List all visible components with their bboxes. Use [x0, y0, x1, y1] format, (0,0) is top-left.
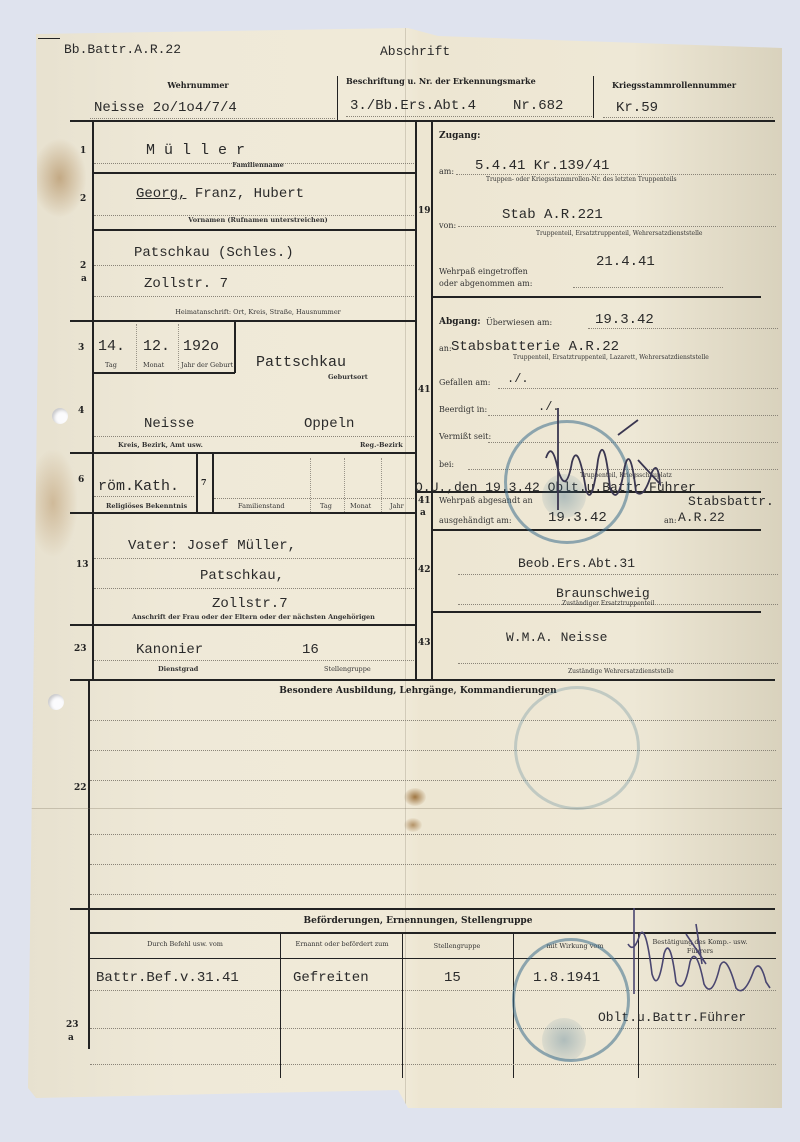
stain	[28, 448, 78, 558]
zugang-am-sub: Truppen- oder Kriegsstammrollen-Nr. des …	[486, 176, 677, 183]
gefallen-value: ./.	[507, 372, 529, 386]
rufname-underlined: Georg,	[136, 186, 186, 202]
dotted-line	[456, 174, 776, 175]
vornamen-value: Georg, Franz, Hubert	[136, 186, 304, 202]
birth-month: 12.	[143, 338, 170, 355]
wehrpass-ausgehaendigt-label: ausgehändigt am:	[439, 516, 512, 525]
col-header-befoerdert: Ernannt oder befördert zum	[282, 940, 402, 948]
dotted-line	[94, 436, 414, 437]
field-number: 42	[418, 565, 431, 575]
row-rule	[70, 452, 416, 454]
dotted-line	[498, 388, 778, 389]
left-border	[88, 680, 90, 910]
row-rule	[70, 624, 416, 626]
birth-day-label: Tag	[105, 361, 117, 369]
dotted-line	[214, 498, 414, 499]
divider	[337, 76, 338, 120]
field-number: 3	[78, 343, 84, 353]
section-rule	[70, 679, 775, 681]
ersatztruppenteil-line2: Braunschweig	[556, 586, 650, 601]
ueberwiesen-value: 19.3.42	[595, 312, 654, 328]
ersatztruppenteil-line1: Beob.Ers.Abt.31	[518, 556, 635, 571]
dotted-line	[458, 574, 778, 575]
section23a-title: Beförderungen, Ernennungen, Stellengrupp…	[228, 916, 608, 926]
zugang-title: Zugang:	[439, 131, 480, 141]
abgang-title: Abgang:	[439, 317, 481, 327]
dotted-line	[94, 588, 414, 589]
dotted-divider	[178, 324, 179, 370]
erkennungsmarke-value: 3./Bb.Ers.Abt.4	[350, 98, 476, 114]
divider	[234, 321, 236, 373]
divider	[212, 453, 214, 513]
heimatanschrift-label: Heimatanschrift: Ort, Kreis, Straße, Hau…	[158, 308, 358, 316]
ersatztruppenteil-label: Zuständiger Ersatztruppenteil	[562, 600, 654, 607]
religion-value: röm.Kath.	[98, 478, 179, 495]
zugang-von-sub: Truppenteil, Ersatztruppenteil, Wehrersa…	[536, 230, 702, 237]
dotted-line	[90, 894, 776, 895]
field-number: 41	[418, 385, 431, 395]
jahr-label: Jahr	[390, 502, 404, 510]
dotted-line	[90, 750, 776, 751]
heimatanschrift-line2: Zollstr. 7	[144, 276, 228, 292]
zugang-von-label: von:	[439, 221, 456, 230]
tag-label: Tag	[320, 502, 332, 510]
stain	[32, 138, 87, 218]
document-paper: Bb.Battr.A.R.22 Abschrift Wehrnummer Nei…	[28, 28, 782, 1138]
field-number: 23	[74, 644, 87, 654]
faded-stamp	[514, 686, 640, 810]
religion-label: Religiöses Bekenntnis	[106, 502, 187, 510]
field-number: 23	[66, 1020, 79, 1030]
field-number: 43	[418, 638, 431, 648]
field-number: 2	[80, 261, 86, 271]
dotted-line	[94, 558, 414, 559]
field-number-sub: a	[420, 508, 426, 518]
row-rule	[92, 229, 416, 231]
row-rule	[70, 320, 416, 322]
kreis-label: Kreis, Bezirk, Amt usw.	[118, 441, 203, 449]
angehoerige-line3: Zollstr.7	[212, 596, 288, 612]
punch-hole	[48, 694, 64, 710]
field-number-sub: a	[68, 1033, 74, 1043]
kriegsstamm-value: Kr.59	[616, 100, 658, 116]
familienname-label: Familienname	[208, 161, 308, 169]
col-header-befehl: Durch Befehl usw. vom	[90, 940, 280, 948]
geburtsort-label: Geburtsort	[328, 373, 368, 381]
document-title: Abschrift	[380, 44, 450, 59]
dotted-line	[603, 117, 773, 118]
left-border	[92, 121, 94, 681]
angehoerige-line2: Patschkau,	[200, 568, 284, 584]
row-rule	[431, 296, 761, 298]
center-border	[415, 121, 417, 681]
ueberwiesen-label: Überwiesen am:	[486, 318, 552, 327]
dotted-line	[90, 864, 776, 865]
punch-hole	[52, 408, 68, 424]
bei-label: bei:	[439, 460, 454, 469]
gefallen-label: Gefallen am:	[439, 378, 490, 387]
wehrnummer-value: Neisse 2o/1o4/7/4	[94, 100, 237, 116]
heimatanschrift-line1: Patschkau (Schles.)	[134, 245, 294, 261]
stellengruppe-label: Stellengruppe	[324, 665, 371, 673]
field-number: 6	[78, 475, 84, 485]
signature-icon	[528, 400, 728, 530]
header-rule	[70, 120, 775, 122]
field-number: 4	[78, 406, 84, 416]
dotted-line	[573, 287, 723, 288]
birth-year-label: Jahr der Geburt	[181, 361, 233, 369]
dotted-line	[90, 1064, 776, 1065]
stamp-eagle-icon	[542, 1018, 586, 1062]
fold-line	[28, 808, 782, 809]
angehoerige-label: Anschrift der Frau oder der Eltern oder …	[132, 613, 375, 621]
regbezirk-value: Oppeln	[304, 416, 354, 432]
geburtsort-value: Pattschkau	[256, 354, 346, 371]
wehrnummer-label: Wehrnummer	[138, 80, 258, 90]
erkennungsmarke-number: Nr.682	[513, 98, 563, 114]
col-divider	[402, 933, 403, 1078]
vornamen-label: Vornamen (Rufnamen unterstreichen)	[168, 216, 348, 224]
dotted-line	[458, 663, 778, 664]
col-header-stellengruppe: Stellengruppe	[403, 942, 511, 950]
field-number: 41	[418, 496, 431, 506]
monat-label: Monat	[350, 502, 371, 510]
dotted-line	[90, 1028, 776, 1029]
stain	[404, 818, 422, 832]
familienstand-label: Familienstand	[238, 502, 285, 510]
angehoerige-line1: Vater: Josef Müller,	[128, 538, 296, 554]
wehrersatzdienststelle-label: Zuständige Wehrersatzdienststelle	[568, 668, 674, 675]
stellengruppe-value: 16	[302, 642, 319, 658]
familienname-value: M ü l l e r	[146, 142, 245, 159]
center-border-2	[431, 121, 433, 681]
divider	[196, 453, 198, 513]
dotted-divider	[344, 458, 345, 512]
field-number-sub: a	[81, 274, 87, 284]
row-rule	[92, 372, 235, 374]
abgang-an-label: an:	[439, 344, 452, 353]
dienstgrad-value: Kanonier	[136, 642, 203, 658]
divider	[593, 76, 594, 118]
zugang-von-value: Stab A.R.221	[502, 207, 603, 223]
wehrpass-eingetroffen-value: 21.4.41	[596, 254, 655, 270]
dotted-line	[346, 116, 592, 117]
birth-month-label: Monat	[143, 361, 164, 369]
field-number: 13	[76, 560, 89, 570]
dotted-line	[458, 226, 776, 227]
kriegsstamm-label: Kriegsstammrollennummer	[612, 80, 736, 90]
birth-day: 14.	[98, 338, 125, 355]
dotted-line	[90, 118, 335, 119]
dotted-line	[94, 265, 414, 266]
vornamen-rest: Franz, Hubert	[186, 186, 304, 202]
vermisst-label: Vermißt seit:	[439, 432, 491, 441]
erkennungsmarke-label: Beschriftung u. Nr. der Erkennungsmarke	[346, 76, 536, 86]
regbezirk-label: Reg.-Bezirk	[360, 441, 403, 449]
dotted-divider	[381, 458, 382, 512]
dotted-line	[94, 496, 194, 497]
field-number: 1	[80, 146, 86, 156]
wehrpass-eingetroffen-label2: oder abgenommen am:	[439, 279, 532, 288]
birth-year: 192o	[183, 338, 219, 355]
zugang-am-label: am:	[439, 167, 454, 176]
abgang-an-sub: Truppenteil, Ersatztruppenteil, Lazarett…	[513, 354, 709, 361]
dotted-divider	[136, 324, 137, 370]
unit-label: Bb.Battr.A.R.22	[64, 42, 181, 57]
row-rule	[92, 172, 416, 174]
wehrersatzdienststelle-value: W.M.A. Neisse	[506, 630, 607, 645]
col-divider	[280, 933, 281, 1078]
corner-mark	[38, 38, 60, 39]
field-number: 2	[80, 194, 86, 204]
strikethrough-text: Ernannt oder befördert zum	[295, 940, 388, 948]
dotted-line	[90, 780, 776, 781]
abgang-an-value: Stabsbatterie A.R.22	[451, 339, 619, 355]
befoerderung-befehl: Battr.Bef.v.31.41	[96, 970, 239, 986]
wehrpass-eingetroffen-label1: Wehrpaß eingetroffen	[439, 267, 528, 276]
signature-icon	[626, 904, 800, 1014]
beerdigt-label: Beerdigt in:	[439, 405, 487, 414]
dotted-divider	[310, 458, 311, 512]
field-number: 19	[418, 206, 431, 216]
dotted-line	[588, 328, 778, 329]
befoerderung-rang: Gefreiten	[293, 970, 369, 986]
zugang-am-value: 5.4.41 Kr.139/41	[475, 158, 609, 174]
dotted-line	[90, 720, 776, 721]
dienstgrad-label: Dienstgrad	[158, 665, 198, 673]
befoerderung-stellengruppe: 15	[444, 970, 461, 986]
stain	[404, 788, 426, 806]
row-rule	[431, 611, 761, 613]
dotted-line	[94, 660, 414, 661]
field-number: 7	[201, 477, 207, 487]
dotted-line	[94, 296, 414, 297]
row-rule	[70, 512, 416, 514]
field-number: 22	[74, 783, 87, 793]
dotted-line	[90, 834, 776, 835]
kreis-value: Neisse	[144, 416, 194, 432]
